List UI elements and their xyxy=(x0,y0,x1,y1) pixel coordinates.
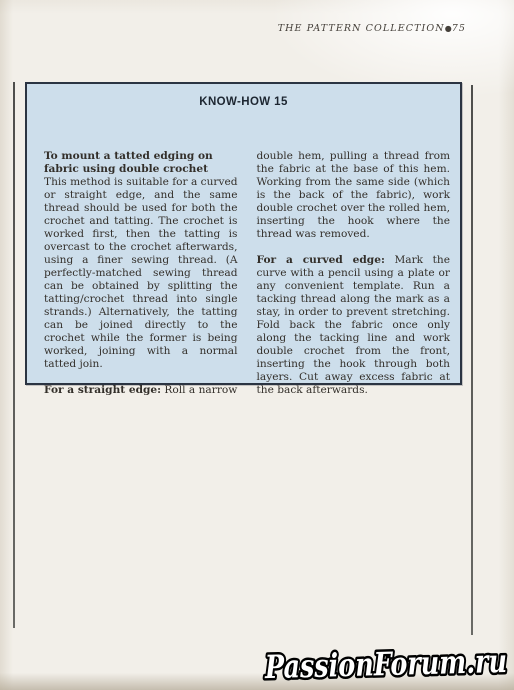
knowhow-right-column: double hem, pulling a thread from the fa… xyxy=(257,150,451,397)
knowhow-left-column: To mount a tatted edging on fabric using… xyxy=(44,150,238,397)
left-vertical-rule xyxy=(13,82,15,628)
running-head-separator: ● xyxy=(445,24,452,33)
paragraph-gap xyxy=(257,241,451,254)
curved-edge-lead: For a curved edge: xyxy=(257,254,385,266)
knowhow-box-title: KNOW-HOW 15 xyxy=(27,96,460,108)
curved-edge-paragraph: For a curved edge: Mark the curve with a… xyxy=(257,254,451,397)
straight-edge-text: Roll a narrow xyxy=(161,384,237,396)
straight-edge-paragraph: For a straight edge: Roll a narrow xyxy=(44,384,238,397)
curved-edge-text: Mark the curve with a pencil using a pla… xyxy=(257,254,451,396)
knowhow-columns: To mount a tatted edging on fabric using… xyxy=(27,150,460,397)
left-column-body: This method is suitable for a curved or … xyxy=(44,176,238,371)
watermark-text: PassionForum.ru xyxy=(264,642,508,686)
left-column-heading: To mount a tatted edging on fabric using… xyxy=(44,150,238,176)
watermark-svg: PassionForum.ru xyxy=(259,639,512,690)
running-head: THE PATTERN COLLECTION●75 xyxy=(278,23,466,34)
running-head-title: THE PATTERN COLLECTION xyxy=(278,23,445,34)
right-column-body: double hem, pulling a thread from the fa… xyxy=(257,150,451,241)
right-vertical-rule xyxy=(471,85,473,635)
watermark: PassionForum.ru xyxy=(259,639,512,690)
running-head-page-number: 75 xyxy=(452,23,466,34)
straight-edge-lead: For a straight edge: xyxy=(44,384,161,396)
paragraph-gap xyxy=(44,371,238,384)
knowhow-box: KNOW-HOW 15 To mount a tatted edging on … xyxy=(25,82,462,385)
